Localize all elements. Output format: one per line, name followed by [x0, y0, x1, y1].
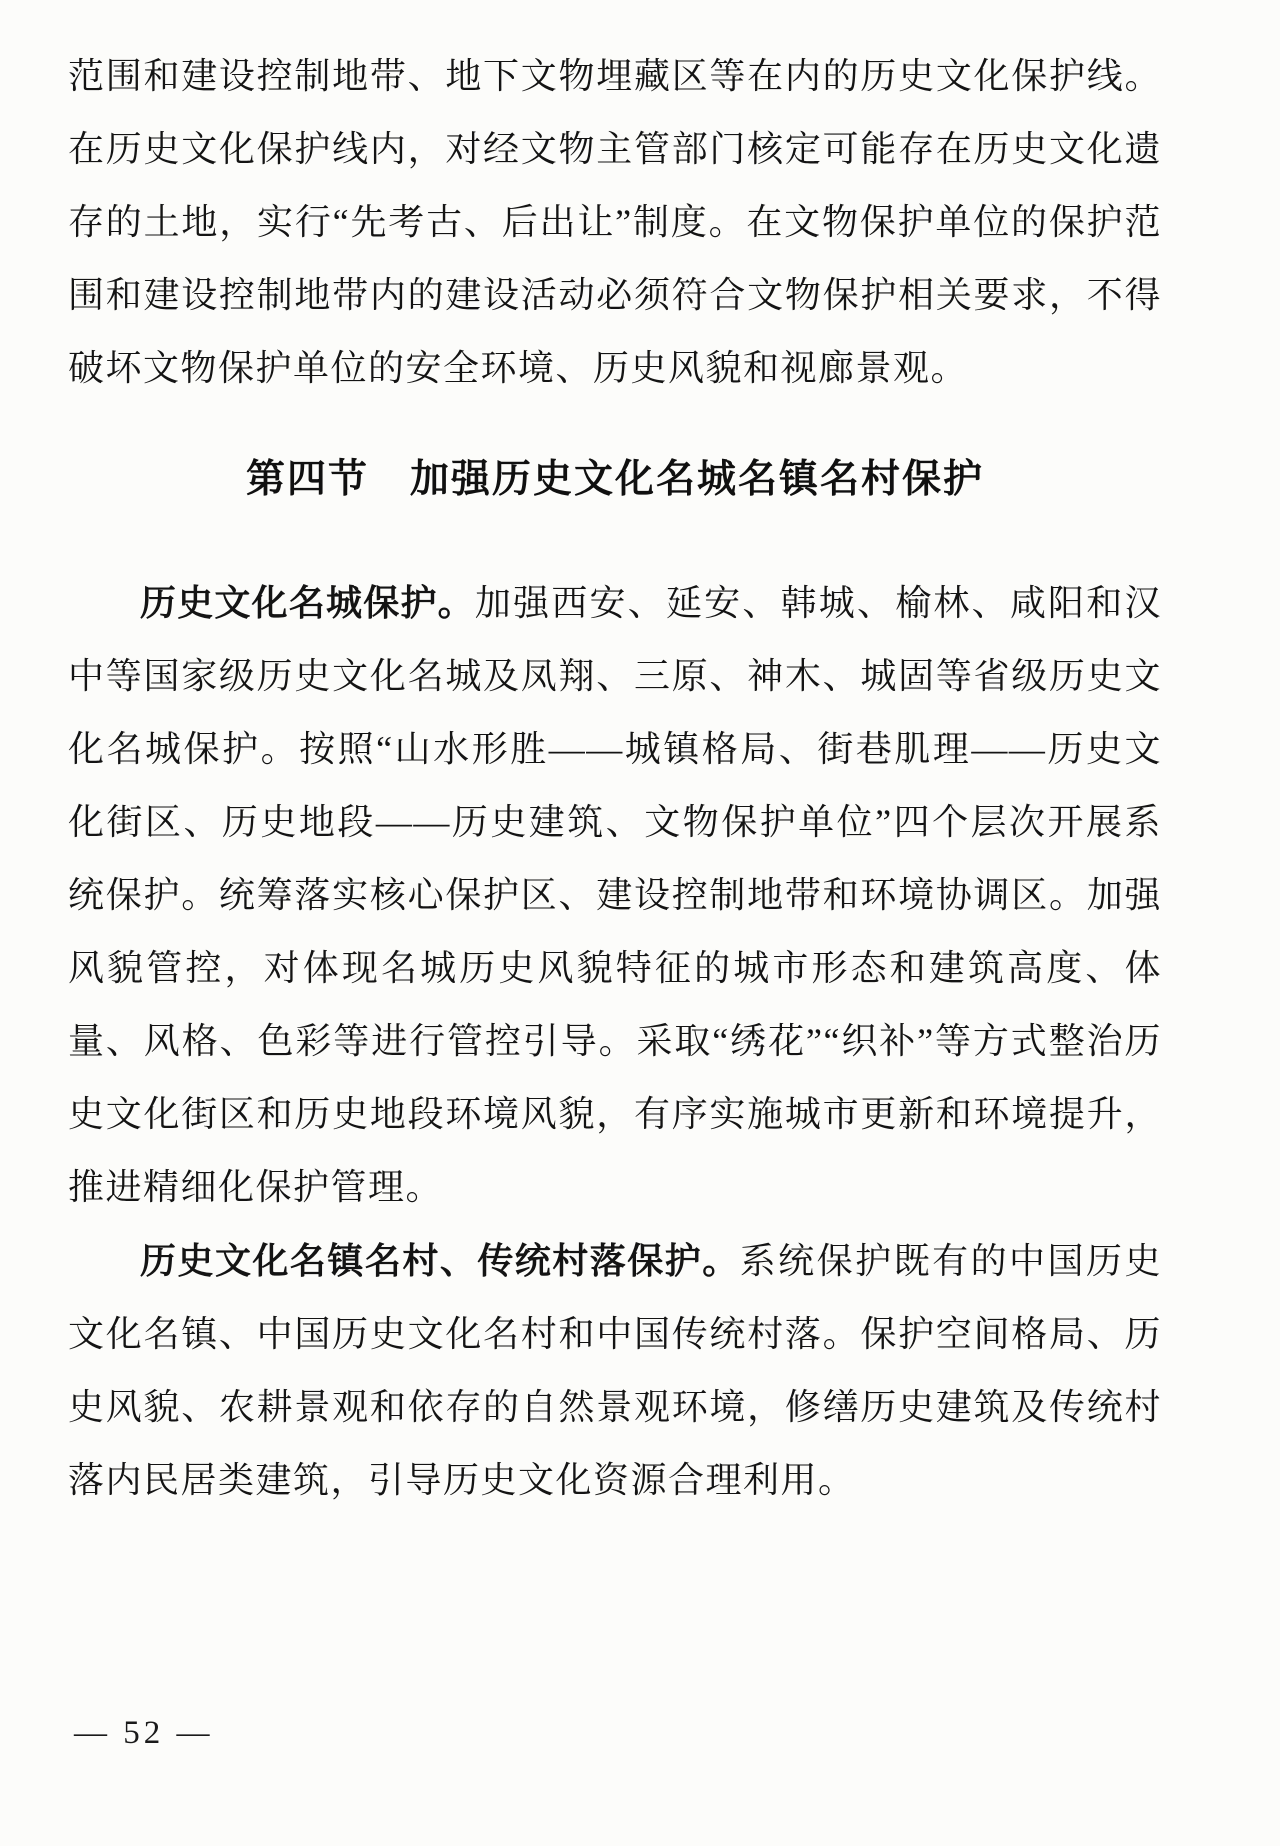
page-content: 范围和建设控制地带、地下文物埋藏区等在内的历史文化保护线。在历史文化保护线内，对… [68, 40, 1162, 1517]
paragraph-lead-bold: 历史文化名城保护。 [140, 582, 475, 623]
section-heading: 第四节 加强历史文化名城名镇名村保护 [68, 443, 1162, 516]
paragraph-continuation: 范围和建设控制地带、地下文物埋藏区等在内的历史文化保护线。在历史文化保护线内，对… [68, 40, 1162, 405]
paragraph-historic-city-protection: 历史文化名城保护。加强西安、延安、韩城、榆林、咸阳和汉中等国家级历史文化名城及凤… [68, 566, 1162, 1224]
document-page: 范围和建设控制地带、地下文物埋藏区等在内的历史文化保护线。在历史文化保护线内，对… [0, 0, 1280, 1846]
paragraph-lead-bold: 历史文化名镇名村、传统村落保护。 [140, 1240, 740, 1281]
page-number: — 52 — [74, 1715, 214, 1752]
paragraph-town-village-protection: 历史文化名镇名村、传统村落保护。系统保护既有的中国历史文化名镇、中国历史文化名村… [68, 1224, 1162, 1517]
paragraph-body-text: 加强西安、延安、韩城、榆林、咸阳和汉中等国家级历史文化名城及凤翔、三原、神木、城… [68, 583, 1162, 1207]
